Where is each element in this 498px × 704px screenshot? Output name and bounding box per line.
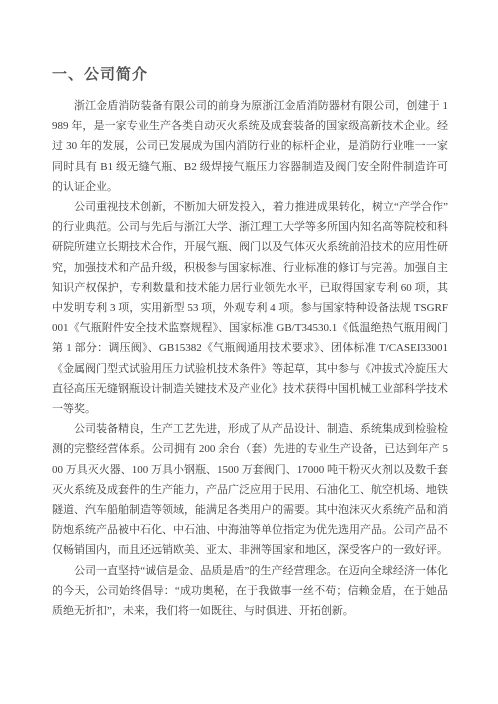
section-heading-company-profile: 一、公司简介 [52, 66, 448, 84]
document-page: 一、公司简介 浙江金盾消防装备有限公司的前身为原浙江金盾消防器材有限公司，创建于… [0, 0, 498, 704]
paragraph-technology-innovation: 公司重视技术创新，不断加大研发投入，着力推进成果转化，树立“产学合作”的行业典范… [52, 197, 448, 419]
paragraph-production-capacity: 公司装备精良，生产工艺先进，形成了从产品设计、制造、系统集成到检验检测的完整经营… [52, 419, 448, 560]
paragraph-company-philosophy: 公司一直坚持“诚信是金、品质是盾”的生产经营理念。在迈向全球经济一体化的今天，公… [52, 561, 448, 622]
document-content: 一、公司简介 浙江金盾消防装备有限公司的前身为原浙江金盾消防器材有限公司，创建于… [52, 66, 448, 621]
paragraph-company-history: 浙江金盾消防装备有限公司的前身为原浙江金盾消防器材有限公司，创建于 1989 年… [52, 96, 448, 197]
